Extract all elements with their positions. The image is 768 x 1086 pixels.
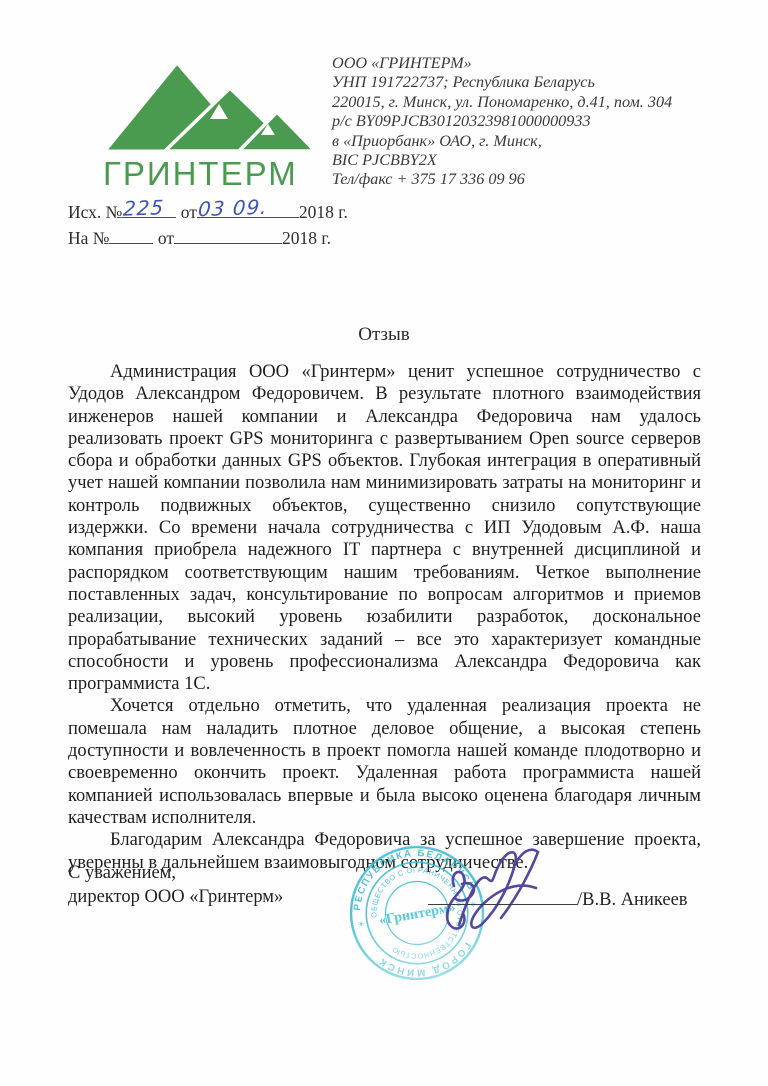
director-name: /В.В. Аникеев (577, 890, 688, 910)
letter-title: Отзыв (0, 324, 768, 346)
company-account-line: р/с BY09PJCB30120323981000000933 (332, 112, 752, 131)
outgoing-label: Исх. № (68, 202, 122, 222)
company-bank-line: в «Приорбанк» ОАО, г. Минск, (332, 132, 752, 151)
company-bic-line: BIC PJCBBY2X (332, 151, 752, 170)
outgoing-number-blank: 225 (122, 199, 176, 218)
handwritten-outgoing-date: 03 09. (197, 195, 268, 221)
outgoing-year: 2018 г. (299, 202, 348, 222)
company-unp-line: УНП 191722737; Республика Беларусь (332, 73, 752, 92)
incoming-number-blank (109, 225, 153, 244)
company-address-line: 220015, г. Минск, ул. Пономаренко, д.41,… (332, 93, 752, 112)
company-details: ООО «ГРИНТЕРМ» УНП 191722737; Республика… (332, 54, 752, 190)
outgoing-from-label: от (181, 202, 197, 222)
svg-text:ГОРОД МИНСК: ГОРОД МИНСК (375, 939, 477, 982)
handwritten-outgoing-number: 225 (123, 196, 166, 221)
scanned-letter-page: ГРИНТЕРМ ООО «ГРИНТЕРМ» УНП 191722737; Р… (0, 0, 768, 1086)
signature-underline (428, 884, 577, 905)
outgoing-date-blank: 03 09. (197, 199, 299, 218)
incoming-reference-line: На № от2018 г. (68, 225, 348, 251)
company-phone-line: Тел/факс + 375 17 336 09 96 (332, 170, 752, 189)
stamp-separator-left: ✳ (357, 919, 365, 929)
body-paragraph-2: Хочется отдельно отметить, что удаленная… (68, 695, 701, 829)
company-name-line: ООО «ГРИНТЕРМ» (332, 54, 752, 73)
reference-block: Исх. №225 от03 09.2018 г. На № от2018 г. (68, 199, 348, 250)
signoff-closing: С уважением, (68, 861, 283, 885)
incoming-year: 2018 г. (282, 228, 331, 248)
logo-wordmark: ГРИНТЕРМ (103, 155, 319, 193)
mountains-icon (103, 58, 319, 153)
incoming-date-blank (174, 225, 282, 244)
signature-line-row: /В.В. Аникеев (428, 884, 688, 911)
body-paragraph-1: Администрация ООО «Гринтерм» ценит успеш… (68, 361, 701, 695)
letter-body: Администрация ООО «Гринтерм» ценит успеш… (68, 361, 701, 874)
stamp-outer-bottom-text: ГОРОД МИНСК (375, 939, 477, 982)
company-logo: ГРИНТЕРМ (103, 58, 319, 193)
incoming-from-label: от (158, 228, 174, 248)
signoff-block: С уважением, директор ООО «Гринтерм» (68, 861, 283, 909)
incoming-label: На № (68, 228, 109, 248)
outgoing-reference-line: Исх. №225 от03 09.2018 г. (68, 199, 348, 225)
signoff-position: директор ООО «Гринтерм» (68, 885, 283, 909)
